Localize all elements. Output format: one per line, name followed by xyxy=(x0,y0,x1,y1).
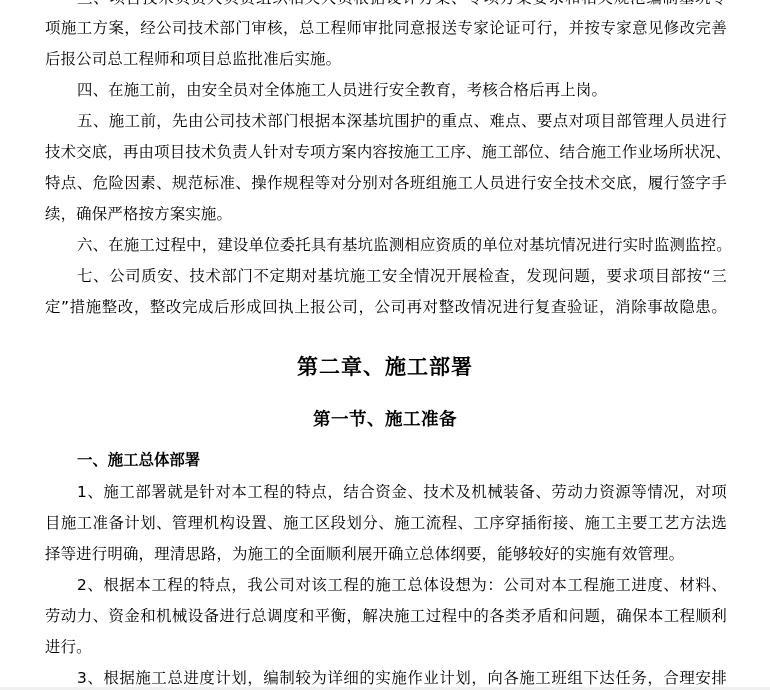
paragraph-3-line-1: 项施工方案，经公司技术部门审核，总工程师审批同意报送专家论证可行，并按专家意见修… xyxy=(45,18,727,38)
item-2-line-1: 2、根据本工程的特点，我公司对该工程的施工总体设想为：公司对本工程施工进度、材料… xyxy=(77,575,727,595)
item-2-line-3: 进行。 xyxy=(45,637,727,657)
item-1-line-3: 择等进行明确，理清思路，为施工的全面顺利展开确立总体纲要，能够较好的实施有效管理… xyxy=(45,544,727,564)
section-title: 第一节、施工准备 xyxy=(0,409,770,431)
paragraph-5-line-3: 特点、危险因素、规范标准、操作规程等对分别对各班组施工人员进行安全技术交底，履行… xyxy=(45,173,727,193)
paragraph-7-line-2: 定”措施整改，整改完成后形成回执上报公司，公司再对整改情况进行复查验证，消除事故… xyxy=(45,297,727,317)
item-1-line-2: 目施工准备计划、管理机构设置、施工区段划分、施工流程、工序穿插衔接、施工主要工艺… xyxy=(45,513,727,533)
item-1-line-1: 1、施工部署就是针对本工程的特点，结合资金、技术及机械装备、劳动力资源等情况，对… xyxy=(77,482,727,502)
document-page: 三、项目技术负责人负责组织相关人员根据设计方案、专项方案要求和相关规范编制基坑专… xyxy=(0,0,770,690)
paragraph-6: 六、在施工过程中，建设单位委托具有基坑监测相应资质的单位对基坑情况进行实时监测监… xyxy=(77,235,727,255)
paragraph-5-line-4: 续，确保严格按方案实施。 xyxy=(45,204,727,224)
subsection-title: 一、施工总体部署 xyxy=(77,450,200,470)
chapter-title: 第二章、施工部署 xyxy=(0,354,770,380)
paragraph-4: 四、在施工前，由安全员对全体施工人员进行安全教育，考核合格后再上岗。 xyxy=(77,80,727,100)
partial-paragraph-line: 三、项目技术负责人负责组织相关人员根据设计方案、专项方案要求和相关规范编制基坑专 xyxy=(77,0,727,8)
paragraph-3-line-2: 后报公司总工程师和项目总监批准后实施。 xyxy=(45,49,727,69)
paragraph-5-line-2: 技术交底，再由项目技术负责人针对专项方案内容按施工工序、施工部位、结合施工作业场… xyxy=(45,142,727,162)
paragraph-5-line-1: 五、施工前，先由公司技术部门根据本深基坑围护的重点、难点、要点对项目部管理人员进… xyxy=(77,111,727,131)
item-2-line-2: 劳动力、资金和机械设备进行总调度和平衡，解决施工过程中的各类矛盾和问题，确保本工… xyxy=(45,606,727,626)
item-3-line-1: 3、根据施工总进度计划，编制较为详细的实施作业计划，向各施工班组下达任务，合理安… xyxy=(77,668,727,688)
paragraph-7-line-1: 七、公司质安、技术部门不定期对基坑施工安全情况开展检查，发现问题，要求项目部按“… xyxy=(77,266,727,286)
